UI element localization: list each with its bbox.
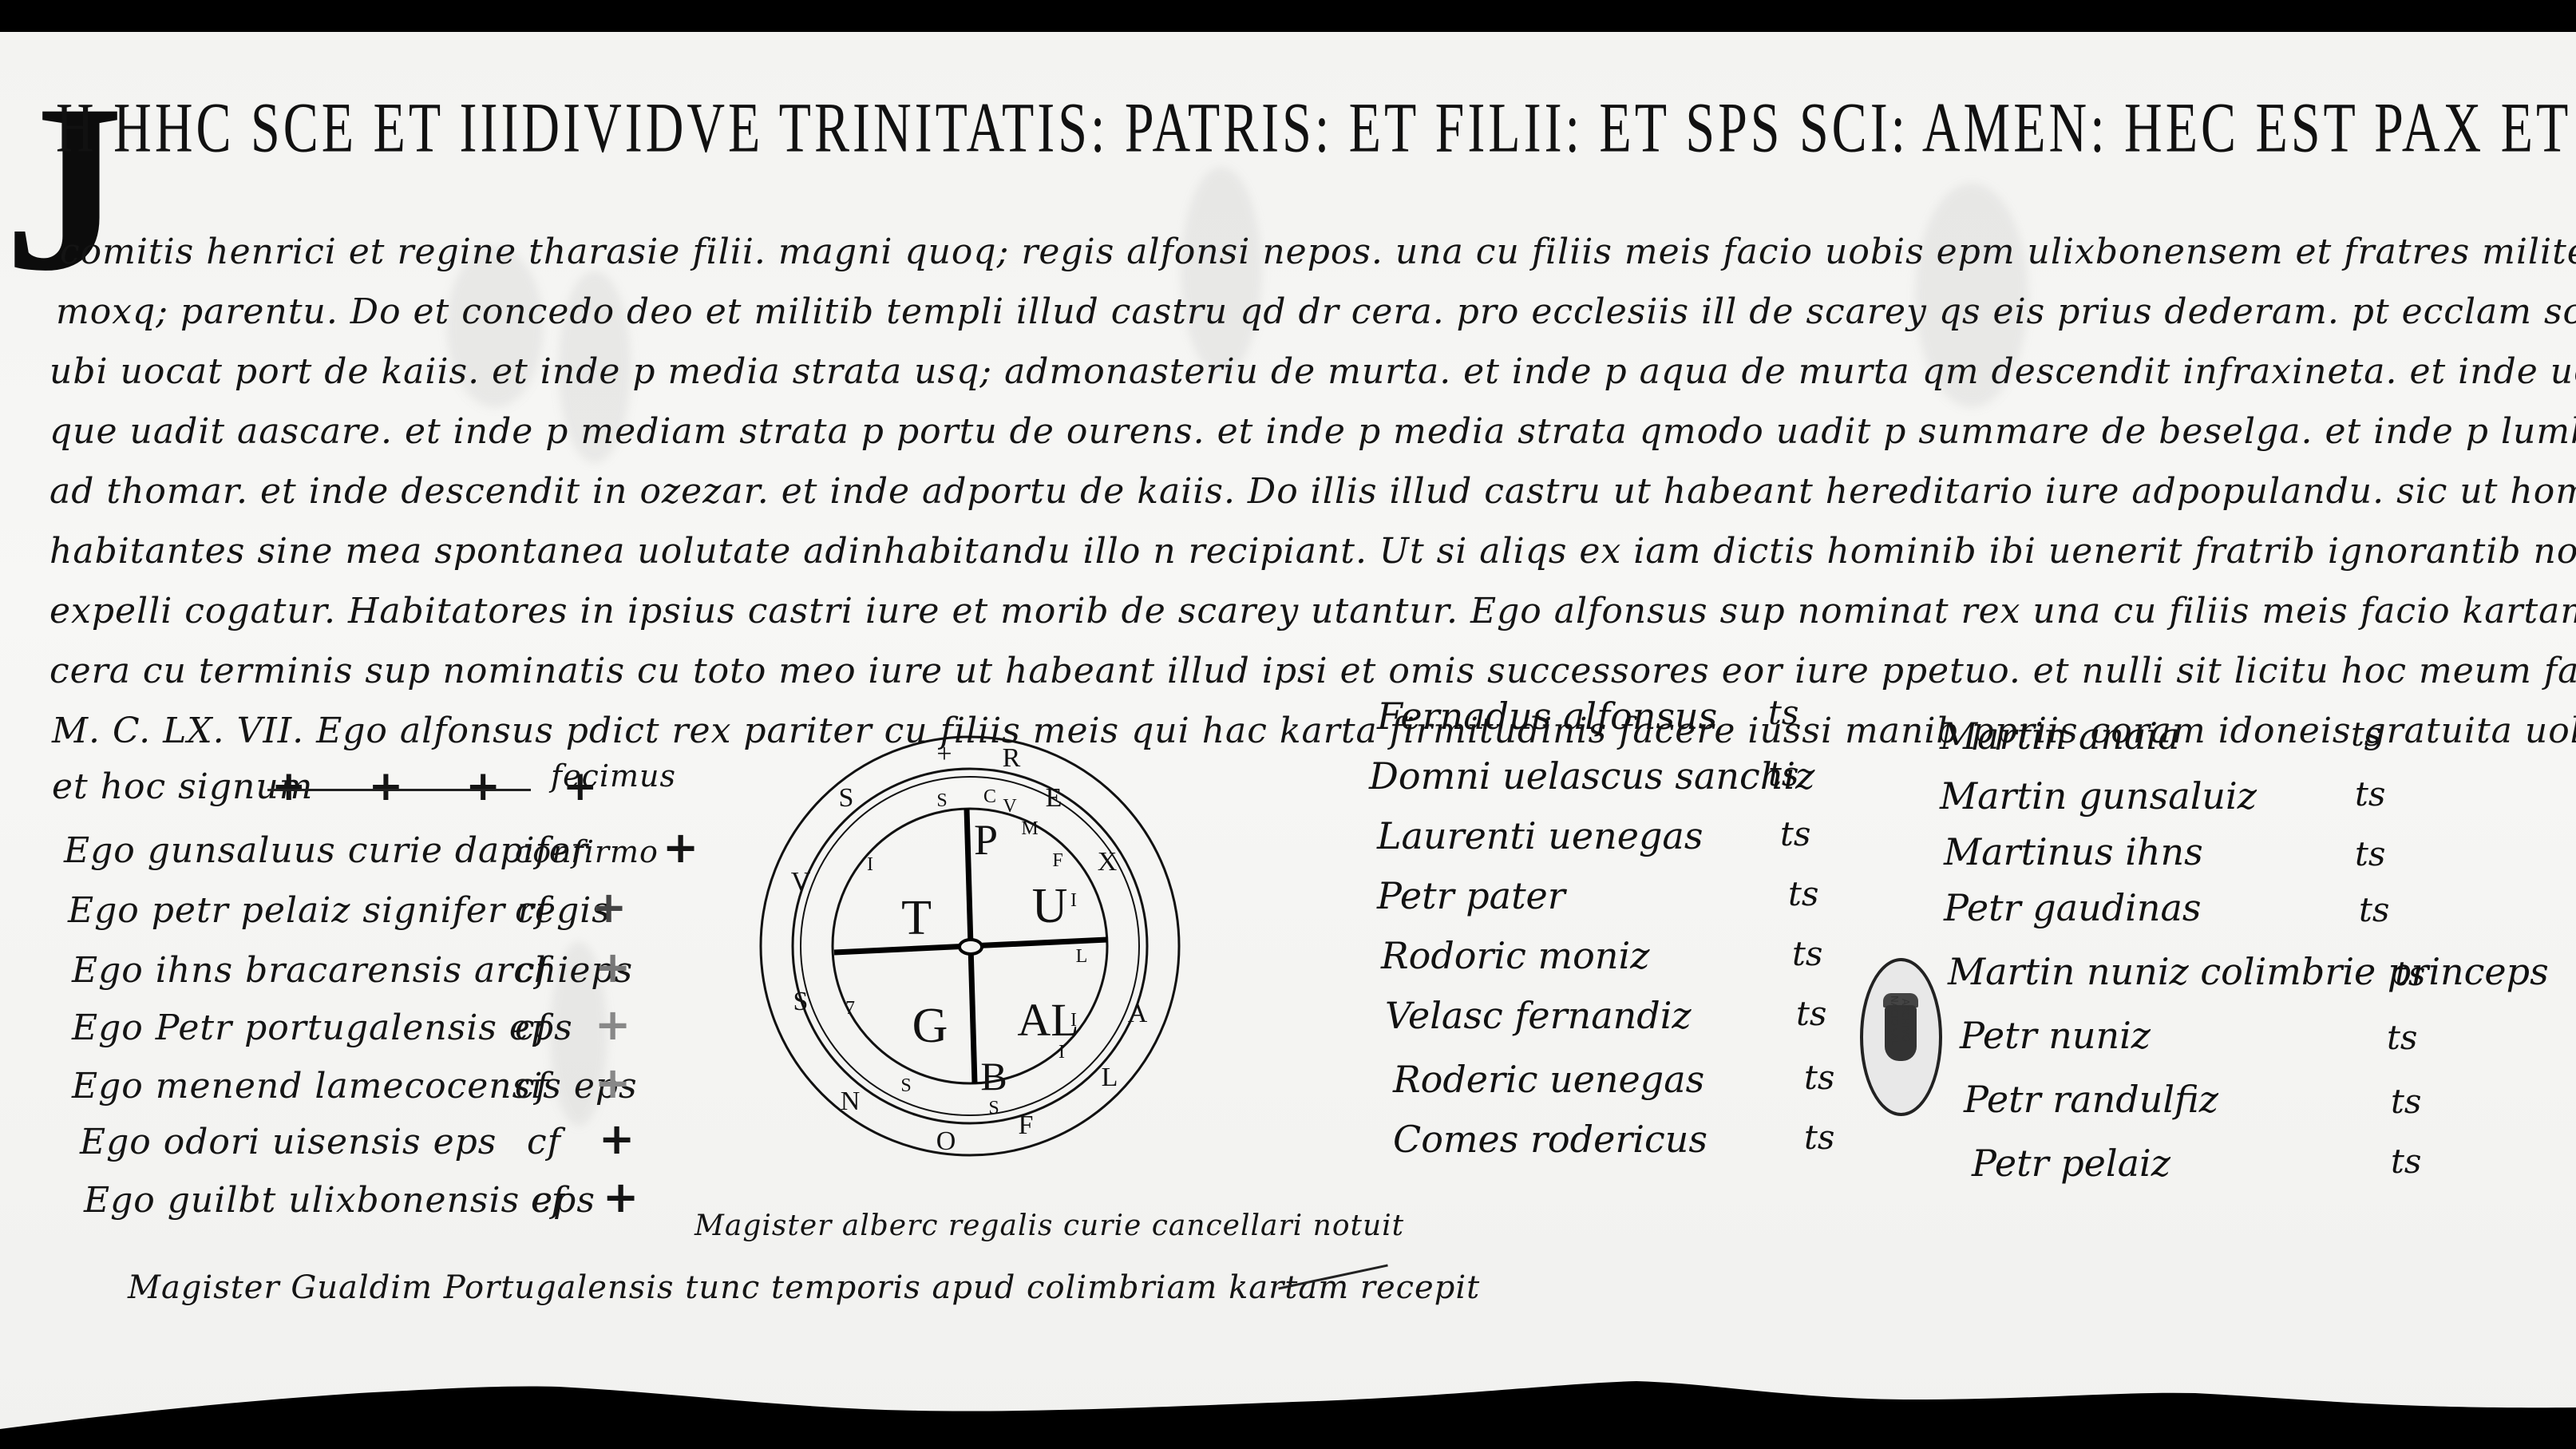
confirmant-name: Ego guilbt ulixbonensis eps xyxy=(84,1180,596,1221)
witness-mark: ts xyxy=(1780,814,1810,853)
svg-text:L: L xyxy=(1076,946,1088,967)
svg-text:M: M xyxy=(1021,818,1038,839)
svg-text:O: O xyxy=(936,1126,956,1156)
svg-text:C: C xyxy=(983,786,996,807)
signum-suffix: fecimus xyxy=(551,758,676,794)
confirmant-cross: + xyxy=(595,1058,631,1108)
svg-text:S: S xyxy=(900,1075,911,1096)
svg-text:7: 7 xyxy=(845,998,855,1019)
witness-mark: ts xyxy=(2351,715,2381,754)
svg-text:F: F xyxy=(1052,850,1062,871)
rota-seal: + R E X A L F O N S V S S C V M F I L I … xyxy=(746,723,1193,1170)
witness-name: Roderic uenegas xyxy=(1393,1058,1704,1101)
witness-mark: ts xyxy=(1796,994,1826,1033)
rota-quadrant-bl: G xyxy=(912,999,948,1053)
svg-text:A: A xyxy=(1128,999,1148,1028)
confirmant-mark: confirmo xyxy=(515,834,659,869)
rota-cross-top-letter: P xyxy=(974,816,998,864)
signum-rule xyxy=(267,789,531,791)
svg-text:S: S xyxy=(793,987,809,1016)
rota-cross-bottom-letter: B xyxy=(980,1054,1007,1099)
confirmant-name: Ego odori uisensis eps xyxy=(80,1122,497,1162)
body-line-1: comitis henrici et regine tharasie filii… xyxy=(60,232,2576,272)
stamp-text: ARCHIVO NACIONAL xyxy=(1889,980,1911,1060)
witness-mark: ts xyxy=(1768,754,1798,794)
confirmant-cross: + xyxy=(603,1172,639,1222)
body-line-2: moxq; parentu. Do et concedo deo et mili… xyxy=(56,291,2576,332)
svg-text:E: E xyxy=(1046,783,1062,813)
svg-text:N: N xyxy=(841,1087,861,1116)
witness-mark: ts xyxy=(2395,954,2425,993)
scribe-line: Magister Gualdim Portugalensis tunc temp… xyxy=(128,1269,1480,1306)
svg-text:V: V xyxy=(1003,796,1017,817)
svg-text:S: S xyxy=(936,790,947,811)
body-line-8: cera cu terminis sup nominatis cu toto m… xyxy=(49,651,2576,691)
witness-mark: ts xyxy=(1768,693,1798,732)
chancellor-line: Magister alberc regalis curie cancellari… xyxy=(694,1209,1404,1242)
confirmant-cross: + xyxy=(599,1114,635,1164)
confirmant-mark: cf xyxy=(515,950,549,991)
confirmant-name: Ego Petr portugalensis eps xyxy=(72,1008,573,1048)
invocation-line: H HHC SCE ET IIIDIVIDVE TRINITATIS: PATR… xyxy=(56,88,2576,170)
rota-cross-top: + xyxy=(936,739,952,769)
witness-mark: ts xyxy=(1804,1118,1834,1157)
witness-name: Domni uelascus sanchiz xyxy=(1369,754,1814,798)
witness-name: Laurenti uenegas xyxy=(1377,814,1703,857)
witness-name: Petr nuniz xyxy=(1960,1014,2151,1057)
svg-text:V: V xyxy=(791,867,811,897)
body-line-5: ad thomar. et inde descendit in ozezar. … xyxy=(49,471,2576,512)
witness-mark: ts xyxy=(1804,1058,1834,1097)
witness-name: Martinus ihns xyxy=(1944,830,2203,873)
svg-text:S: S xyxy=(839,783,854,813)
svg-text:L: L xyxy=(1102,1063,1118,1092)
rota-quadrant-tl: T xyxy=(901,891,932,945)
witness-mark: ts xyxy=(1788,874,1818,913)
svg-text:R: R xyxy=(1003,743,1021,773)
body-line-9-dating: M. C. LX. VII. Ego alfonsus pdict rex pa… xyxy=(52,711,2576,751)
svg-text:I: I xyxy=(1070,890,1077,911)
body-line-6: habitantes sine mea spontanea uolutate a… xyxy=(49,531,2576,572)
witness-name: Petr pater xyxy=(1377,874,1565,917)
body-line-3: ubi uocat port de kaiis. et inde p media… xyxy=(49,351,2576,392)
witness-name: Martin gunsaluiz xyxy=(1940,774,2257,818)
witness-name: Martin nuniz colimbrie princeps xyxy=(1948,950,2549,993)
witness-mark: ts xyxy=(2391,1142,2421,1181)
confirmant-cross: + xyxy=(595,1000,631,1050)
witness-name: Rodoric moniz xyxy=(1381,934,1649,977)
confirmant-name: Ego gunsaluus curie dapifer xyxy=(64,830,588,871)
confirmant-cross: + xyxy=(595,942,631,992)
svg-text:X: X xyxy=(1098,847,1118,877)
archive-stamp: ARCHIVO NACIONAL xyxy=(1860,958,1942,1116)
witness-name: Petr gaudinas xyxy=(1944,886,2202,929)
confirmant-mark: cf xyxy=(515,1066,549,1107)
confirmant-mark: cf xyxy=(515,890,549,931)
witness-mark: ts xyxy=(2355,774,2385,814)
witness-mark: ts xyxy=(2391,1082,2421,1121)
rota-quadrant-tr: U xyxy=(1032,879,1068,933)
torn-bottom-edge xyxy=(0,1337,2576,1449)
confirmant-name: Ego menend lamecocensis eps xyxy=(72,1066,638,1107)
witness-mark: ts xyxy=(2355,834,2385,873)
body-line-4: que uadit aascare. et inde p mediam stra… xyxy=(49,411,2576,452)
witness-mark: ts xyxy=(2387,1018,2417,1057)
svg-text:S: S xyxy=(988,1098,999,1118)
confirmant-mark: cf xyxy=(527,1122,561,1162)
witness-name: Comes rodericus xyxy=(1393,1118,1707,1161)
witness-mark: ts xyxy=(2359,890,2389,929)
witness-name: Petr randulfiz xyxy=(1964,1078,2218,1121)
rota-quadrant-br: AL xyxy=(1017,994,1078,1046)
confirmant-mark: cf xyxy=(531,1180,565,1221)
confirmant-mark: cf xyxy=(515,1008,549,1048)
witness-mark: ts xyxy=(1792,934,1822,973)
svg-text:F: F xyxy=(1019,1111,1034,1140)
witness-name: Martin anaia xyxy=(1940,715,2180,758)
witness-name: Velasc fernandiz xyxy=(1385,994,1692,1037)
svg-text:I: I xyxy=(867,854,873,875)
witness-name: Petr pelaiz xyxy=(1972,1142,2170,1185)
body-line-7: expelli cogatur. Habitatores in ipsius c… xyxy=(49,591,2576,631)
witness-name: Fernadus alfonsus xyxy=(1377,695,1717,738)
confirmant-cross: + xyxy=(591,882,627,932)
confirmant-cross: + xyxy=(663,822,699,873)
